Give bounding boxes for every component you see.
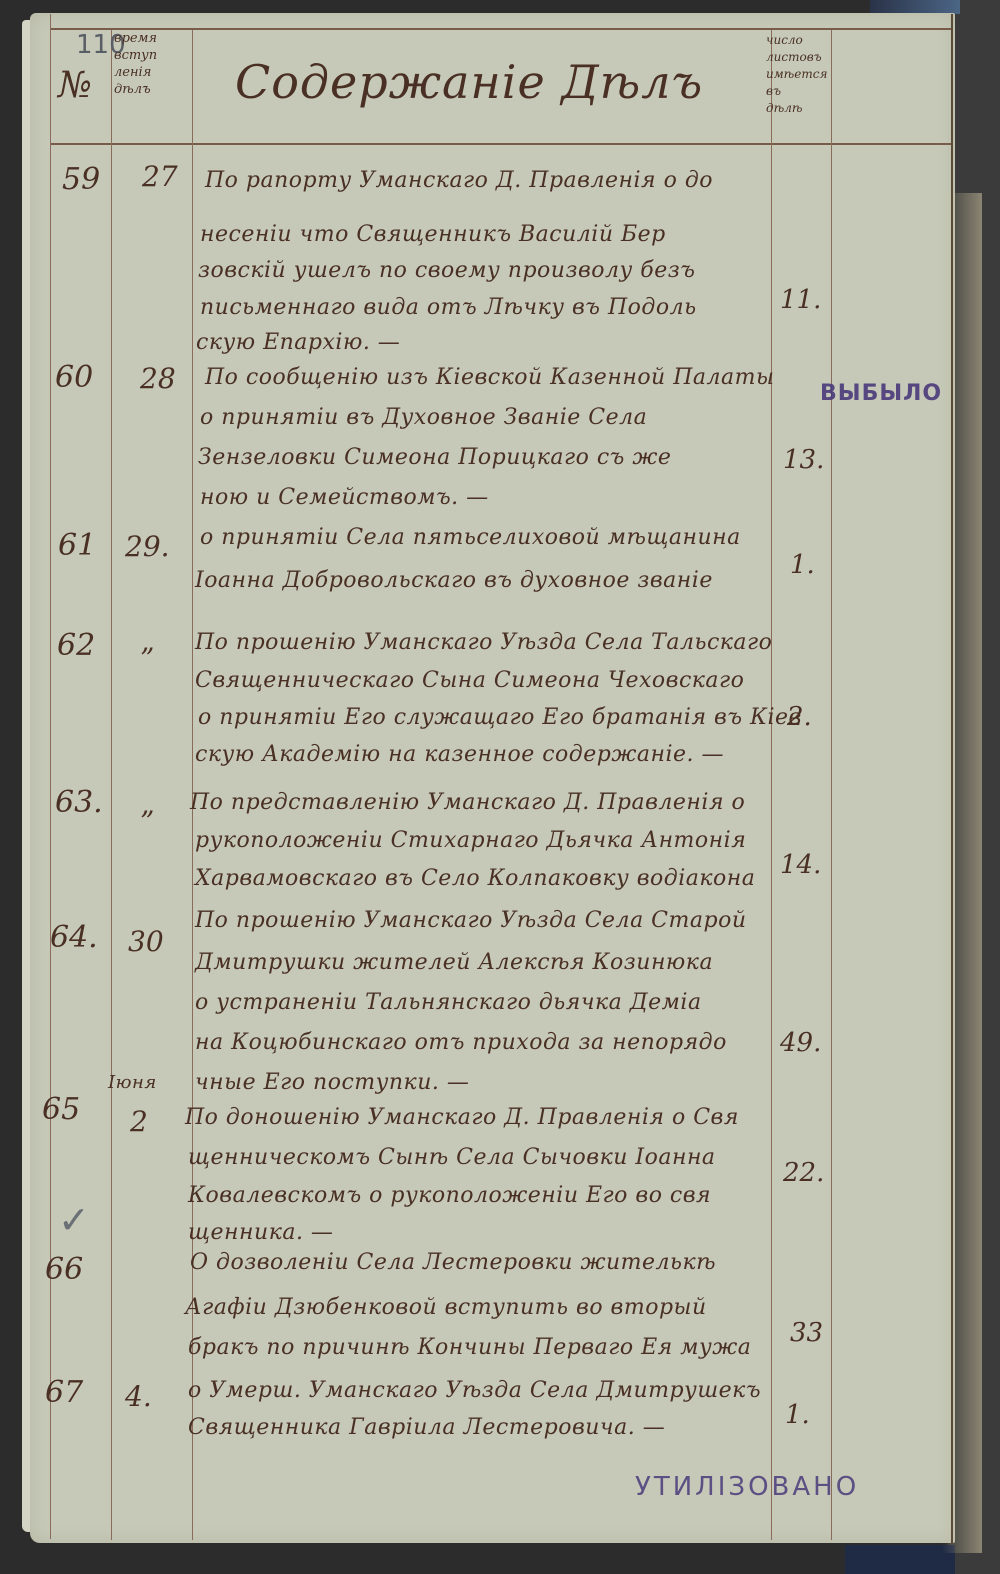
entry-number: 59: [62, 162, 100, 197]
entry-text-line: ною и Семействомъ. —: [200, 485, 489, 510]
entry-text-line: о принятіи въ Духовное Званіе Села: [200, 405, 647, 430]
entry-text-line: зовскій ушелъ по своему произволу безъ: [198, 258, 695, 283]
header-pages-line: листовъ: [766, 49, 827, 66]
column-rule-number: [111, 30, 112, 1540]
entry-date: ”: [140, 805, 154, 838]
pencil-checkmark: ✓: [58, 1198, 90, 1242]
entry-page-count: 1.: [785, 1400, 810, 1430]
entry-date: 29.: [125, 530, 170, 563]
page-title: Содержаніе Дѣлъ: [235, 55, 703, 109]
entry-page-count: 33: [790, 1318, 823, 1348]
header-number-symbol: №: [58, 65, 92, 106]
entry-text-line: О дозволеніи Села Лестеровки жителькѣ: [190, 1250, 716, 1275]
entry-text-line: По сообщенію изъ Кіевской Казенной Палат…: [205, 365, 774, 390]
entry-text-line: о Умерш. Уманскаго Уѣзда Села Дмитрушекъ: [188, 1378, 761, 1403]
entry-text-line: скую Епархію. —: [196, 330, 400, 355]
entry-text-line: бракъ по причинѣ Кончины Перваго Ея мужа: [188, 1335, 751, 1360]
entry-page-count: 49.: [780, 1028, 821, 1058]
entry-page-count: 2.: [787, 702, 812, 732]
stamp-withdrawn: ВЫБЫЛО: [820, 381, 942, 406]
stamp-utilized: УТИЛІЗОВАНО: [635, 1472, 859, 1502]
entry-number: 60: [55, 360, 93, 395]
entry-text-line: несеніи что Священникъ Василій Бер: [200, 222, 666, 247]
entry-text-line: о принятіи Его служащаго Его братанія въ…: [198, 705, 802, 730]
column-rule-pages: [831, 30, 832, 1540]
header-top-rule: [50, 28, 952, 30]
binding-fabric-bottom: [845, 1545, 955, 1574]
entry-text-line: чные Его поступки. —: [195, 1070, 469, 1095]
entry-text-line: По представленію Уманскаго Д. Правленія …: [190, 790, 745, 815]
page-stain: [942, 193, 982, 1553]
entry-page-count: 22.: [783, 1158, 824, 1188]
header-date-line: вступ: [114, 47, 157, 64]
entry-text-line: щенническомъ Сынѣ Села Сычовки Іоанна: [188, 1145, 716, 1170]
entry-text-line: Священническаго Сына Симеона Чеховскаго: [195, 668, 744, 693]
page-right-edge: [951, 14, 953, 1544]
entry-text-line: рукоположеніи Стихарнаго Дьячка Антонія: [195, 828, 746, 853]
header-bottom-rule: [50, 143, 952, 145]
entry-text-line: По прошенію Уманскаго Уѣзда Села Старой: [195, 908, 747, 933]
entry-text-line: Агафіи Дзюбенковой вступить во вторый: [185, 1295, 707, 1320]
column-rule-left-margin: [50, 14, 51, 1539]
entry-page-count: 1.: [790, 550, 815, 580]
entry-number: 61: [58, 528, 96, 563]
binding-fabric-top: [870, 0, 960, 14]
header-date-column: время вступ ленія дѣлъ: [114, 30, 157, 98]
entry-date: 2: [130, 1105, 148, 1138]
entry-number: 65: [42, 1092, 80, 1127]
entry-number: 66: [45, 1252, 83, 1287]
header-pages-line: въ: [766, 83, 827, 100]
entry-text-line: По рапорту Уманскаго Д. Правленія о до: [205, 168, 713, 193]
entry-text-line: Ковалевскомъ о рукоположеніи Его во свя: [188, 1183, 711, 1208]
entry-date: ”: [140, 642, 154, 675]
entry-text-line: Іоанна Добровольскаго въ духовное званіе: [195, 568, 713, 593]
entry-text-line: Харвамовскаго въ Село Колпаковку водіако…: [195, 866, 755, 891]
entry-page-count: 14.: [780, 850, 821, 880]
entry-text-line: о устраненіи Тальнянскаго дьячка Деміа: [195, 990, 702, 1015]
header-date-line: дѣлъ: [114, 81, 157, 98]
entry-date: 4.: [125, 1380, 152, 1413]
entry-page-count: 11.: [780, 285, 821, 315]
entry-date: 28: [140, 362, 176, 395]
header-pages-column: число листовъ имѣется въ дѣлѣ: [766, 32, 827, 117]
header-date-line: время: [114, 30, 157, 47]
entry-text-line: Дмитрушки жителей Алексѣя Козинюка: [195, 950, 713, 975]
entry-number: 62: [57, 628, 95, 663]
entry-number: 64.: [50, 920, 98, 955]
entry-text-line: По доношенію Уманскаго Д. Правленія о Св…: [185, 1105, 739, 1130]
header-pages-line: число: [766, 32, 827, 49]
entry-number: 67: [45, 1375, 83, 1410]
entry-page-count: 13.: [783, 445, 824, 475]
header-pages-line: дѣлѣ: [766, 100, 827, 117]
header-pages-line: имѣется: [766, 66, 827, 83]
entry-text-line: Священника Гавріила Лестеровича. —: [188, 1415, 665, 1440]
entry-date: 30: [128, 925, 164, 958]
entry-text-line: По прошенію Уманскаго Уѣзда Села Тальска…: [195, 630, 772, 655]
entry-number: 63.: [55, 785, 103, 820]
entry-text-line: скую Академію на казенное содержаніе. —: [195, 742, 724, 767]
column-rule-content: [771, 30, 772, 1540]
header-date-line: ленія: [114, 64, 157, 81]
entry-text-line: о принятіи Села пятьселиховой мѣщанина: [200, 525, 741, 550]
entry-date: 27: [142, 160, 178, 193]
entry-text-line: Зензеловки Симеона Порицкаго съ же: [198, 445, 671, 470]
entry-date-month: Іюня: [108, 1072, 157, 1093]
entry-text-line: письменнаго вида отъ Лѣчку въ Подоль: [200, 295, 697, 320]
entry-text-line: щенника. —: [188, 1220, 333, 1245]
entry-text-line: на Коцюбинскаго отъ прихода за непорядо: [195, 1030, 727, 1055]
